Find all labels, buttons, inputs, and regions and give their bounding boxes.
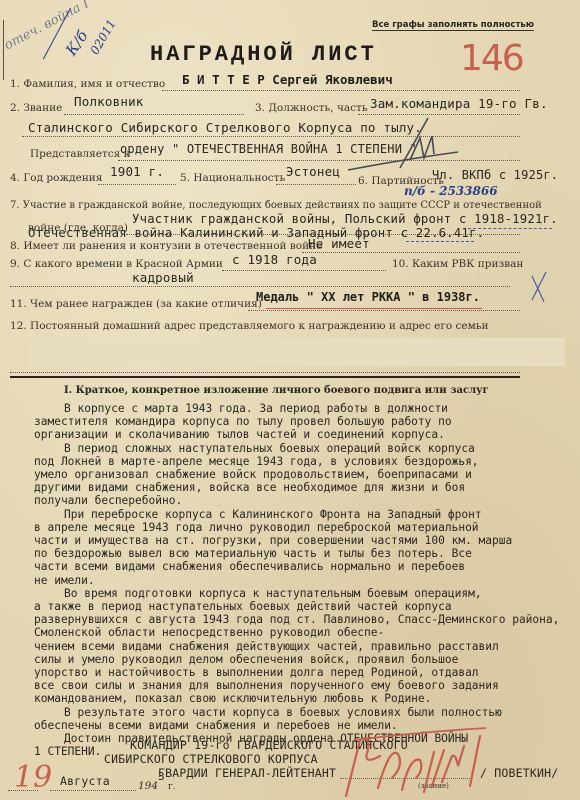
field-10-label: 10. Каким РВК призван	[392, 258, 523, 270]
handwritten-ref-2: 02011	[87, 17, 118, 57]
field-6-value: Чл. ВКПб с 1925г.	[432, 168, 558, 182]
handwritten-number-red: 146	[460, 38, 523, 79]
field-8-label: 8. Имеет ли ранения и контузии в отечест…	[10, 240, 322, 252]
award-sheet-paper: отеч. война I К/б 02011 Все графы заполн…	[0, 0, 580, 800]
section-divider	[10, 376, 520, 378]
page-title: НАГРАДНОЙ ЛИСТ	[150, 42, 377, 67]
presented-label: Представляется к	[30, 148, 130, 160]
field-3-value: Зам.командира 19-го Гв.	[370, 96, 548, 111]
field-7-value: Участник гражданской войны, Польский фро…	[132, 212, 558, 226]
field-7-value-cont: Отечественная война Калининский и Западн…	[28, 226, 484, 240]
redacted-address-area	[30, 338, 565, 366]
field-5-value: Эстонец	[286, 164, 340, 179]
field-4-value: 1901 г.	[110, 164, 164, 179]
field-11-red-underline	[266, 308, 482, 309]
paragraph: В период сложных наступательных боевых о…	[34, 442, 564, 508]
date-month-line	[50, 790, 136, 791]
field-11-label: 11. Чем ранее награжден (за какие отличи…	[10, 298, 262, 310]
field-7-label: 7. Участие в гражданской войне, последую…	[10, 200, 542, 211]
field-8-line	[302, 252, 520, 253]
field-2-value: Полковник	[74, 94, 144, 109]
date-year-g: г.	[168, 782, 176, 792]
date-month: Августа	[60, 774, 110, 788]
field-2-line	[64, 114, 244, 115]
field-10-line	[10, 286, 510, 287]
field-7-underline-1	[468, 228, 552, 229]
field-12-label: 12. Постоянный домашний адрес представля…	[10, 320, 488, 332]
field-5-label: 5. Национальность	[180, 172, 285, 184]
field-11-line	[248, 310, 520, 311]
date-year-suffix: 3	[158, 770, 165, 783]
paragraph: В корпусе с марта 1943 года. За период р…	[34, 402, 564, 442]
field-6-handwritten-party-card: п/б - 2533866	[404, 184, 498, 198]
field-11-value: Медаль " XX лет РККА " в 1938г.	[256, 290, 480, 304]
field-5-line	[276, 184, 356, 185]
field-1-value: Б И Т Т Е Р Сергей Яковлевич	[182, 72, 393, 87]
paragraph: При переброске корпуса с Калининского Фр…	[34, 508, 564, 587]
red-pencil-signature	[340, 726, 490, 800]
field-10-value: кадровый	[132, 270, 194, 285]
field-1-line	[162, 90, 520, 91]
signature-line-2: СИБИРСКОГО СТРЕЛКОВОГО КОРПУСА	[104, 752, 318, 766]
section-1-heading: I. Краткое, конкретное изложение личного…	[64, 385, 489, 396]
field-4-label: 4. Год рождения	[10, 172, 102, 184]
paragraph: Во время подготовки корпуса к наступател…	[34, 587, 564, 706]
section-1-body: В корпусе с марта 1943 года. За период р…	[34, 402, 564, 758]
field-8-value: Не имеет	[308, 236, 370, 251]
date-year-prefix: 194	[138, 780, 158, 792]
signature-line-3: ГВАРДИИ ГЕНЕРАЛ-ЛЕЙТЕНАНТ	[158, 766, 336, 780]
date-day-line	[8, 790, 38, 791]
field-9-value: с 1918 года	[232, 252, 317, 267]
field-2-label: 2. Звание	[10, 102, 62, 114]
pencil-x-mark	[528, 268, 548, 308]
fill-all-fields-note: Все графы заполнять полностью	[372, 20, 534, 31]
margin-line	[3, 20, 4, 80]
field-4-line	[98, 184, 176, 185]
field-7-underline-2	[406, 241, 474, 242]
field-1-label: 1. Фамилия, имя и отчество	[10, 78, 165, 90]
field-9-line	[222, 270, 386, 271]
field-9-label: 9. С какого времени в Красной Армии	[10, 258, 223, 270]
dotted-divider	[10, 372, 520, 373]
handwritten-ref-1: К/б	[62, 27, 92, 58]
commander-name: / ПОВЕТКИН/	[480, 766, 558, 780]
